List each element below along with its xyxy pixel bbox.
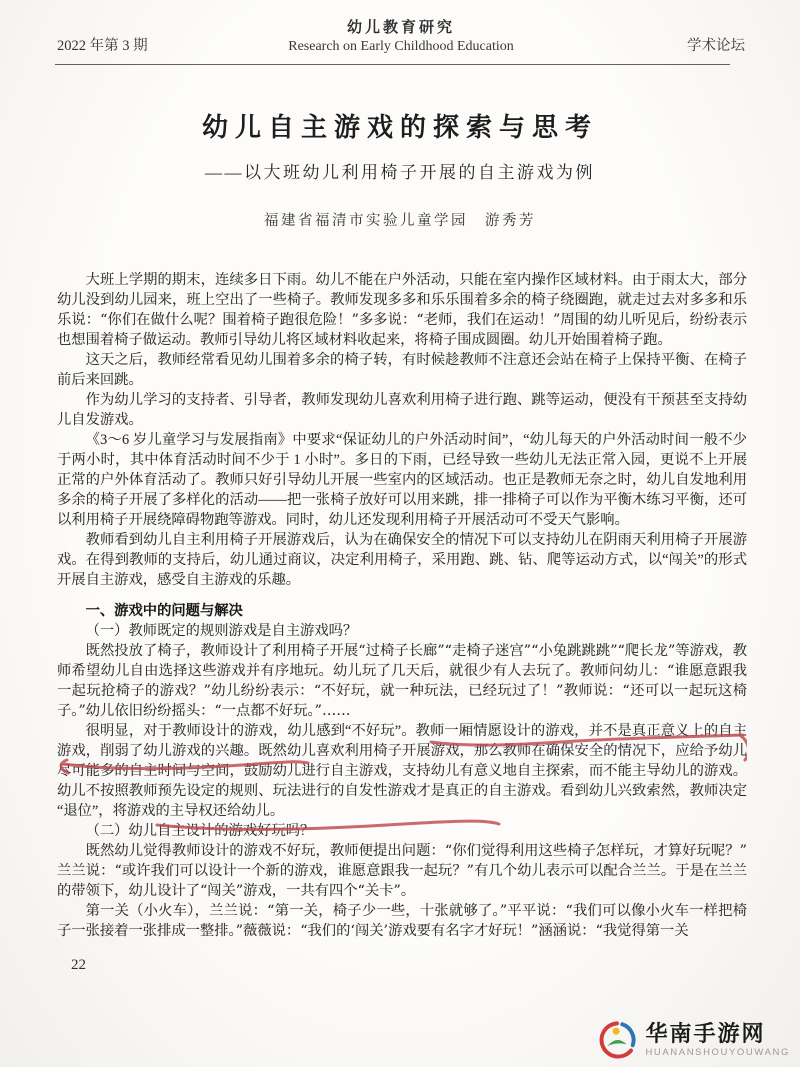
article-body: 大班上学期的期末，连续多日下雨。幼儿不能在户外活动，只能在室内操作区域材料。由于… xyxy=(57,270,747,941)
paragraph-chair-play: 这天之后，教师经常看见幼儿围着多余的椅子转，有时候趁教师不注意还会站在椅子上保持… xyxy=(57,350,747,390)
section-heading-1: 一、游戏中的问题与解决 xyxy=(57,601,747,621)
watermark: 华南手游网 HUANANSHOUYOUWANG xyxy=(596,1019,790,1061)
article-title: 幼儿自主游戏的探索与思考 xyxy=(0,107,800,144)
paragraph-analysis: 很明显，对于教师设计的游戏，幼儿感到“不好玩”。教师一厢情愿设计的游戏，并不是真… xyxy=(57,721,747,821)
issue-label: 2022 年第 3 期 xyxy=(57,34,288,57)
watermark-name-en: HUANANSHOUYOUWANG xyxy=(645,1048,790,1058)
swirl-logo-icon xyxy=(596,1019,638,1061)
paragraph-chuangguan: 教师看到幼儿自主利用椅子开展游戏后，认为在确保安全的情况下可以支持幼儿在阴雨天利… xyxy=(57,530,747,590)
column-label: 学术论坛 xyxy=(514,34,745,57)
scanned-journal-page: 2022 年第 3 期 幼儿教育研究 Research on Early Chi… xyxy=(0,0,800,1067)
subsection-heading-1-1: （一）教师既定的规则游戏是自主游戏吗？ xyxy=(57,621,747,641)
paragraph-teacher-games: 既然投放了椅子，教师设计了利用椅子开展“过椅子长廊”“走椅子迷宫”“小兔跳跳跳”… xyxy=(57,641,747,721)
paragraph-intro-rain: 大班上学期的期末，连续多日下雨。幼儿不能在户外活动，只能在室内操作区域材料。由于… xyxy=(57,270,747,350)
watermark-text: 华南手游网 HUANANSHOUYOUWANG xyxy=(645,1022,790,1058)
paragraph-teacher-support: 作为幼儿学习的支持者、引导者，教师发现幼儿喜欢利用椅子进行跑、跳等运动，便没有干… xyxy=(57,390,747,430)
article-subtitle: ——以大班幼儿利用椅子开展的自主游戏为例 xyxy=(0,158,800,183)
paragraph-first-level: 第一关（小火车），兰兰说：“第一关，椅子少一些，十张就够了。”平平说：“我们可以… xyxy=(57,901,747,941)
article-author: 福建省福清市实验儿童学园 游秀芳 xyxy=(0,209,800,230)
subsection-heading-1-2: （二）幼儿自主设计的游戏好玩吗？ xyxy=(57,821,747,841)
journal-name-en: Research on Early Childhood Education xyxy=(288,38,514,57)
journal-header: 2022 年第 3 期 幼儿教育研究 Research on Early Chi… xyxy=(0,0,800,57)
journal-name: 幼儿教育研究 Research on Early Childhood Educa… xyxy=(288,18,514,57)
paragraph-guideline: 《3～6 岁儿童学习与发展指南》中要求“保证幼儿的户外活动时间”，“幼儿每天的户… xyxy=(57,430,747,530)
header-rule xyxy=(55,64,730,65)
page-number: 22 xyxy=(71,957,800,974)
watermark-name-cn: 华南手游网 xyxy=(645,1022,790,1045)
journal-name-cn: 幼儿教育研究 xyxy=(288,18,514,38)
paragraph-kids-design: 既然幼儿觉得教师设计的游戏不好玩，教师便提出问题：“你们觉得利用这些椅子怎样玩，… xyxy=(57,841,747,901)
paragraph-analysis-wrap: 很明显，对于教师设计的游戏，幼儿感到“不好玩”。教师一厢情愿设计的游戏，并不是真… xyxy=(57,721,747,821)
